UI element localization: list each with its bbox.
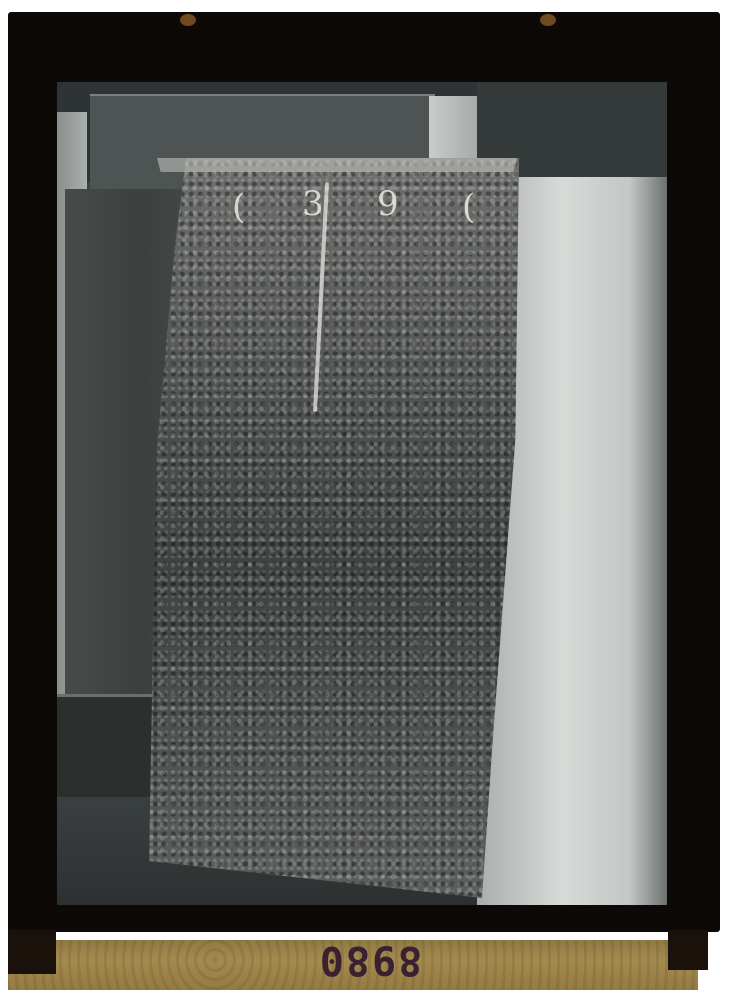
plate-stain (540, 14, 556, 26)
photograph: ( 3 9 ( (57, 82, 667, 905)
wooden-door-base (57, 694, 157, 797)
plate-stain (180, 14, 196, 26)
stele-inscription-mark: ( (462, 187, 475, 227)
stele-inscription-mark: 3 (302, 184, 324, 224)
stele-inscription-mark: 9 (377, 184, 399, 224)
stone-stele (149, 158, 519, 898)
stele-top-edge (157, 158, 517, 172)
stele-inscription-mark: ( (232, 187, 245, 227)
plate-catalog-number: 8980 (290, 938, 450, 982)
plate-corner-tab (8, 930, 56, 974)
plate-corner-tab (668, 930, 708, 970)
